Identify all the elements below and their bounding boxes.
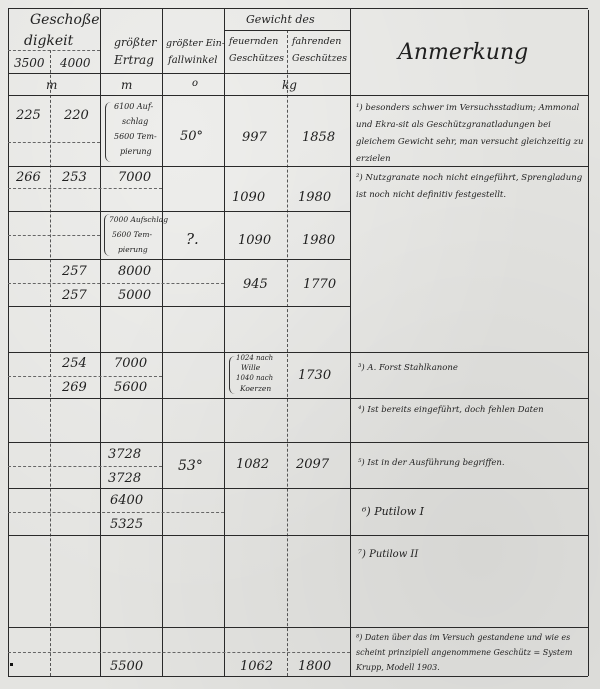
cell-feuernd-line: Koerzen [240,383,271,394]
cell-feuernd: 1090 [232,190,265,205]
cell-feuernd: 1062 [240,659,273,674]
cell-ertrag: 7000 [118,170,151,185]
cell-feuernd: 1090 [238,233,271,248]
header-gewicht: Gewicht des [246,13,315,26]
row-divider [8,235,100,236]
brace [105,102,111,162]
ink-dot [10,663,13,666]
cell-ertrag: 3728 [108,447,141,462]
row-divider [8,259,350,260]
cell-v4000: 269 [62,380,87,395]
header-3500: 3500 [14,56,45,70]
header-feuernd-1: feuernden [229,36,278,47]
unit-degree: o [192,78,198,89]
cell-fahrend: 1858 [302,130,335,145]
unit-m-speed: m [46,78,57,92]
cell-ertrag-line: pierung [118,244,148,255]
cell-feuernd-line: Wille [241,362,260,373]
row-divider [8,488,588,489]
cell-feuernd: 1082 [236,457,269,472]
cell-winkel: 50° [180,129,203,144]
header-anmerkung: Anmerkung [398,40,528,65]
table-border-bottom [8,676,588,677]
column-divider [224,8,225,676]
cell-fahrend: 1800 [298,659,331,674]
cell-fahrend: 2097 [296,457,329,472]
cell-v4000: 254 [62,356,87,371]
row-divider [8,442,588,443]
footnote-7: ⁷) Putilow II [358,546,558,563]
column-divider [350,8,351,676]
cell-ertrag: 5600 [114,380,147,395]
unit-kg: kg [282,78,297,92]
row-divider [8,398,588,399]
header-fahrend-2: Geschützes [292,53,347,64]
row-divider [8,376,162,377]
cell-ertrag-line: 5600 Tem- [114,131,157,142]
header-groesster-ertrag-2: Ertrag [114,53,154,67]
footnote-1: ¹) besonders schwer im Versuchsstadium; … [356,100,584,168]
scanned-document-page: Geschoße digkeit 3500 4000 größter Ertra… [0,0,600,689]
table-border-left [8,8,9,676]
footnote-5: ⁵) Ist in der Ausführung begriffen. [358,455,584,472]
cell-v3500: 266 [16,170,41,185]
brace [229,356,235,394]
cell-ertrag-line: 5600 Tem- [112,229,152,240]
row-divider [8,142,100,143]
column-divider [50,50,51,676]
table-border-right [588,10,589,676]
header-divider [8,50,100,51]
cell-fahrend: 1770 [303,277,336,292]
row-divider [8,352,588,353]
artillery-table: Geschoße digkeit 3500 4000 größter Ertra… [0,0,600,689]
cell-v4000: 257 [62,264,87,279]
header-geschosse: Geschoße [30,12,100,28]
row-divider [8,512,224,513]
cell-ertrag: 5500 [110,659,143,674]
unit-m-range: m [121,78,132,92]
column-divider [162,8,163,676]
header-feuernd-2: Geschützes [229,53,284,64]
cell-ertrag: 3728 [108,471,141,486]
header-groesster-ertrag-1: größter [114,36,156,49]
cell-ertrag: 5325 [110,517,143,532]
header-4000: 4000 [60,56,91,70]
row-divider [8,211,350,212]
header-bottom [8,95,588,96]
header-einfallwinkel-2: fallwinkel [168,55,217,66]
row-divider [8,283,224,284]
header-fahrend-1: fahrenden [292,36,341,47]
footnote-3: ³) A. Forst Stahlkanone [358,360,584,377]
cell-fahrend: 1980 [298,190,331,205]
cell-ertrag-line: 7000 Aufschlag [109,214,168,225]
cell-feuernd: 945 [243,277,268,292]
cell-v4000: 220 [64,108,89,123]
header-einfallwinkel-1: größter Ein- [166,38,225,49]
footnote-6: ⁶) Putilow I [362,503,562,520]
row-divider [8,535,588,536]
cell-winkel: ?. [186,230,199,248]
row-divider [8,652,350,653]
row-divider [8,188,162,189]
row-divider [8,466,162,467]
cell-ertrag: 5000 [118,288,151,303]
cell-feuernd: 997 [242,130,267,145]
cell-ertrag-line: schlag [122,116,148,127]
header-geschwindigkeit: digkeit [24,33,73,49]
cell-ertrag: 8000 [118,264,151,279]
cell-ertrag: 7000 [114,356,147,371]
cell-v4000: 257 [62,288,87,303]
footnote-4: ⁴) Ist bereits eingeführt, doch fehlen D… [358,402,558,419]
cell-fahrend: 1730 [298,368,331,383]
footnote-2: ²) Nutzgranate noch nicht eingeführt, Sp… [356,170,584,204]
header-divider [224,30,350,31]
cell-fahrend: 1980 [302,233,335,248]
cell-ertrag-line: pierung [120,146,152,157]
cell-v3500: 225 [16,108,41,123]
row-divider [8,306,350,307]
column-divider [100,8,101,676]
footnote-8: ⁸) Daten über das im Versuch gestandene … [356,630,586,675]
cell-ertrag-line: 6100 Auf- [114,101,153,112]
header-divider [8,73,350,74]
cell-v4000: 253 [62,170,87,185]
cell-ertrag: 6400 [110,493,143,508]
row-divider [8,627,588,628]
table-border-top [8,8,588,9]
cell-winkel: 53° [178,458,203,474]
